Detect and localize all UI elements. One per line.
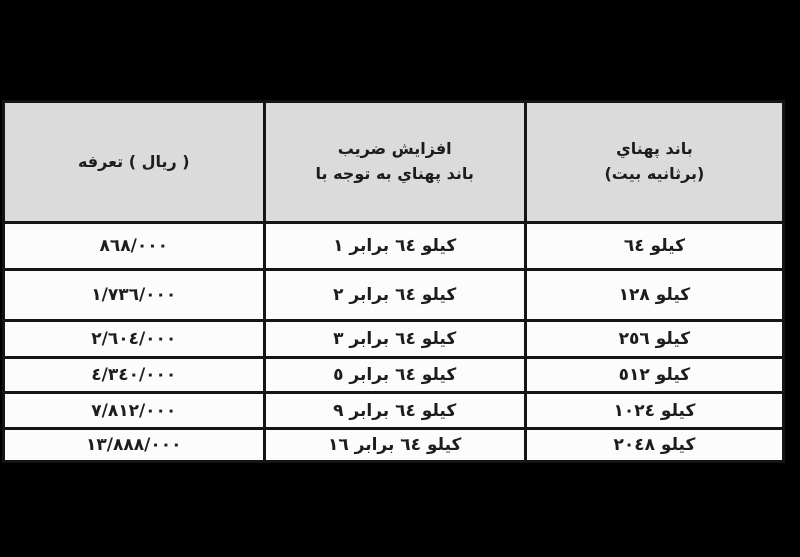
header-tariff-line1: ( ريال ) تعرفه: [5, 150, 263, 175]
table-row: كيلو ٢٥٦ كيلو ٦٤ برابر ٣ ٢/٦٠٤/٠٠٠: [4, 321, 784, 358]
cell-bandwidth: كيلو ٢٥٦: [525, 321, 783, 358]
cell-tariff: ٨٦٨/٠٠٠: [4, 223, 265, 270]
header-bandwidth: باند پهناي (برثانيه بيت): [525, 102, 783, 223]
cell-bandwidth: كيلو ٥١٢: [525, 358, 783, 393]
table-row: كيلو ٢٠٤٨ كيلو ٦٤ برابر ١٦ ١٣/٨٨٨/٠٠٠: [4, 429, 784, 462]
cell-bandwidth: كيلو ٢٠٤٨: [525, 429, 783, 462]
table-header: باند پهناي (برثانيه بيت) افزايش ضريب بان…: [4, 102, 784, 223]
cell-tariff: ١٣/٨٨٨/٠٠٠: [4, 429, 265, 462]
cell-coefficient: كيلو ٦٤ برابر ٩: [264, 393, 525, 429]
cell-bandwidth: كيلو ٦٤: [525, 223, 783, 270]
cell-bandwidth: كيلو ١٠٢٤: [525, 393, 783, 429]
table-row: كيلو ١٢٨ كيلو ٦٤ برابر ٢ ١/٧٣٦/٠٠٠: [4, 270, 784, 321]
cell-tariff: ٢/٦٠٤/٠٠٠: [4, 321, 265, 358]
cell-tariff: ٧/٨١٢/٠٠٠: [4, 393, 265, 429]
table-row: كيلو ٥١٢ كيلو ٦٤ برابر ٥ ٤/٣٤٠/٠٠٠: [4, 358, 784, 393]
page-background: باند پهناي (برثانيه بيت) افزايش ضريب بان…: [0, 0, 800, 557]
header-row: باند پهناي (برثانيه بيت) افزايش ضريب بان…: [4, 102, 784, 223]
tariff-table: باند پهناي (برثانيه بيت) افزايش ضريب بان…: [2, 100, 785, 463]
cell-bandwidth: كيلو ١٢٨: [525, 270, 783, 321]
table-body: كيلو ٦٤ كيلو ٦٤ برابر ١ ٨٦٨/٠٠٠ كيلو ١٢٨…: [4, 223, 784, 462]
cell-coefficient: كيلو ٦٤ برابر ٢: [264, 270, 525, 321]
cell-coefficient: كيلو ٦٤ برابر ٣: [264, 321, 525, 358]
cell-coefficient: كيلو ٦٤ برابر ١: [264, 223, 525, 270]
header-coefficient-line2: باند پهناي به توجه با: [266, 162, 524, 187]
cell-tariff: ٤/٣٤٠/٠٠٠: [4, 358, 265, 393]
header-coefficient-line1: افزايش ضريب: [266, 137, 524, 162]
header-coefficient: افزايش ضريب باند پهناي به توجه با: [264, 102, 525, 223]
cell-coefficient: كيلو ٦٤ برابر ١٦: [264, 429, 525, 462]
header-bandwidth-line2: (برثانيه بيت): [527, 162, 782, 187]
header-bandwidth-line1: باند پهناي: [527, 137, 782, 162]
cell-tariff: ١/٧٣٦/٠٠٠: [4, 270, 265, 321]
cell-coefficient: كيلو ٦٤ برابر ٥: [264, 358, 525, 393]
table-row: كيلو ١٠٢٤ كيلو ٦٤ برابر ٩ ٧/٨١٢/٠٠٠: [4, 393, 784, 429]
header-tariff: ( ريال ) تعرفه: [4, 102, 265, 223]
table-row: كيلو ٦٤ كيلو ٦٤ برابر ١ ٨٦٨/٠٠٠: [4, 223, 784, 270]
